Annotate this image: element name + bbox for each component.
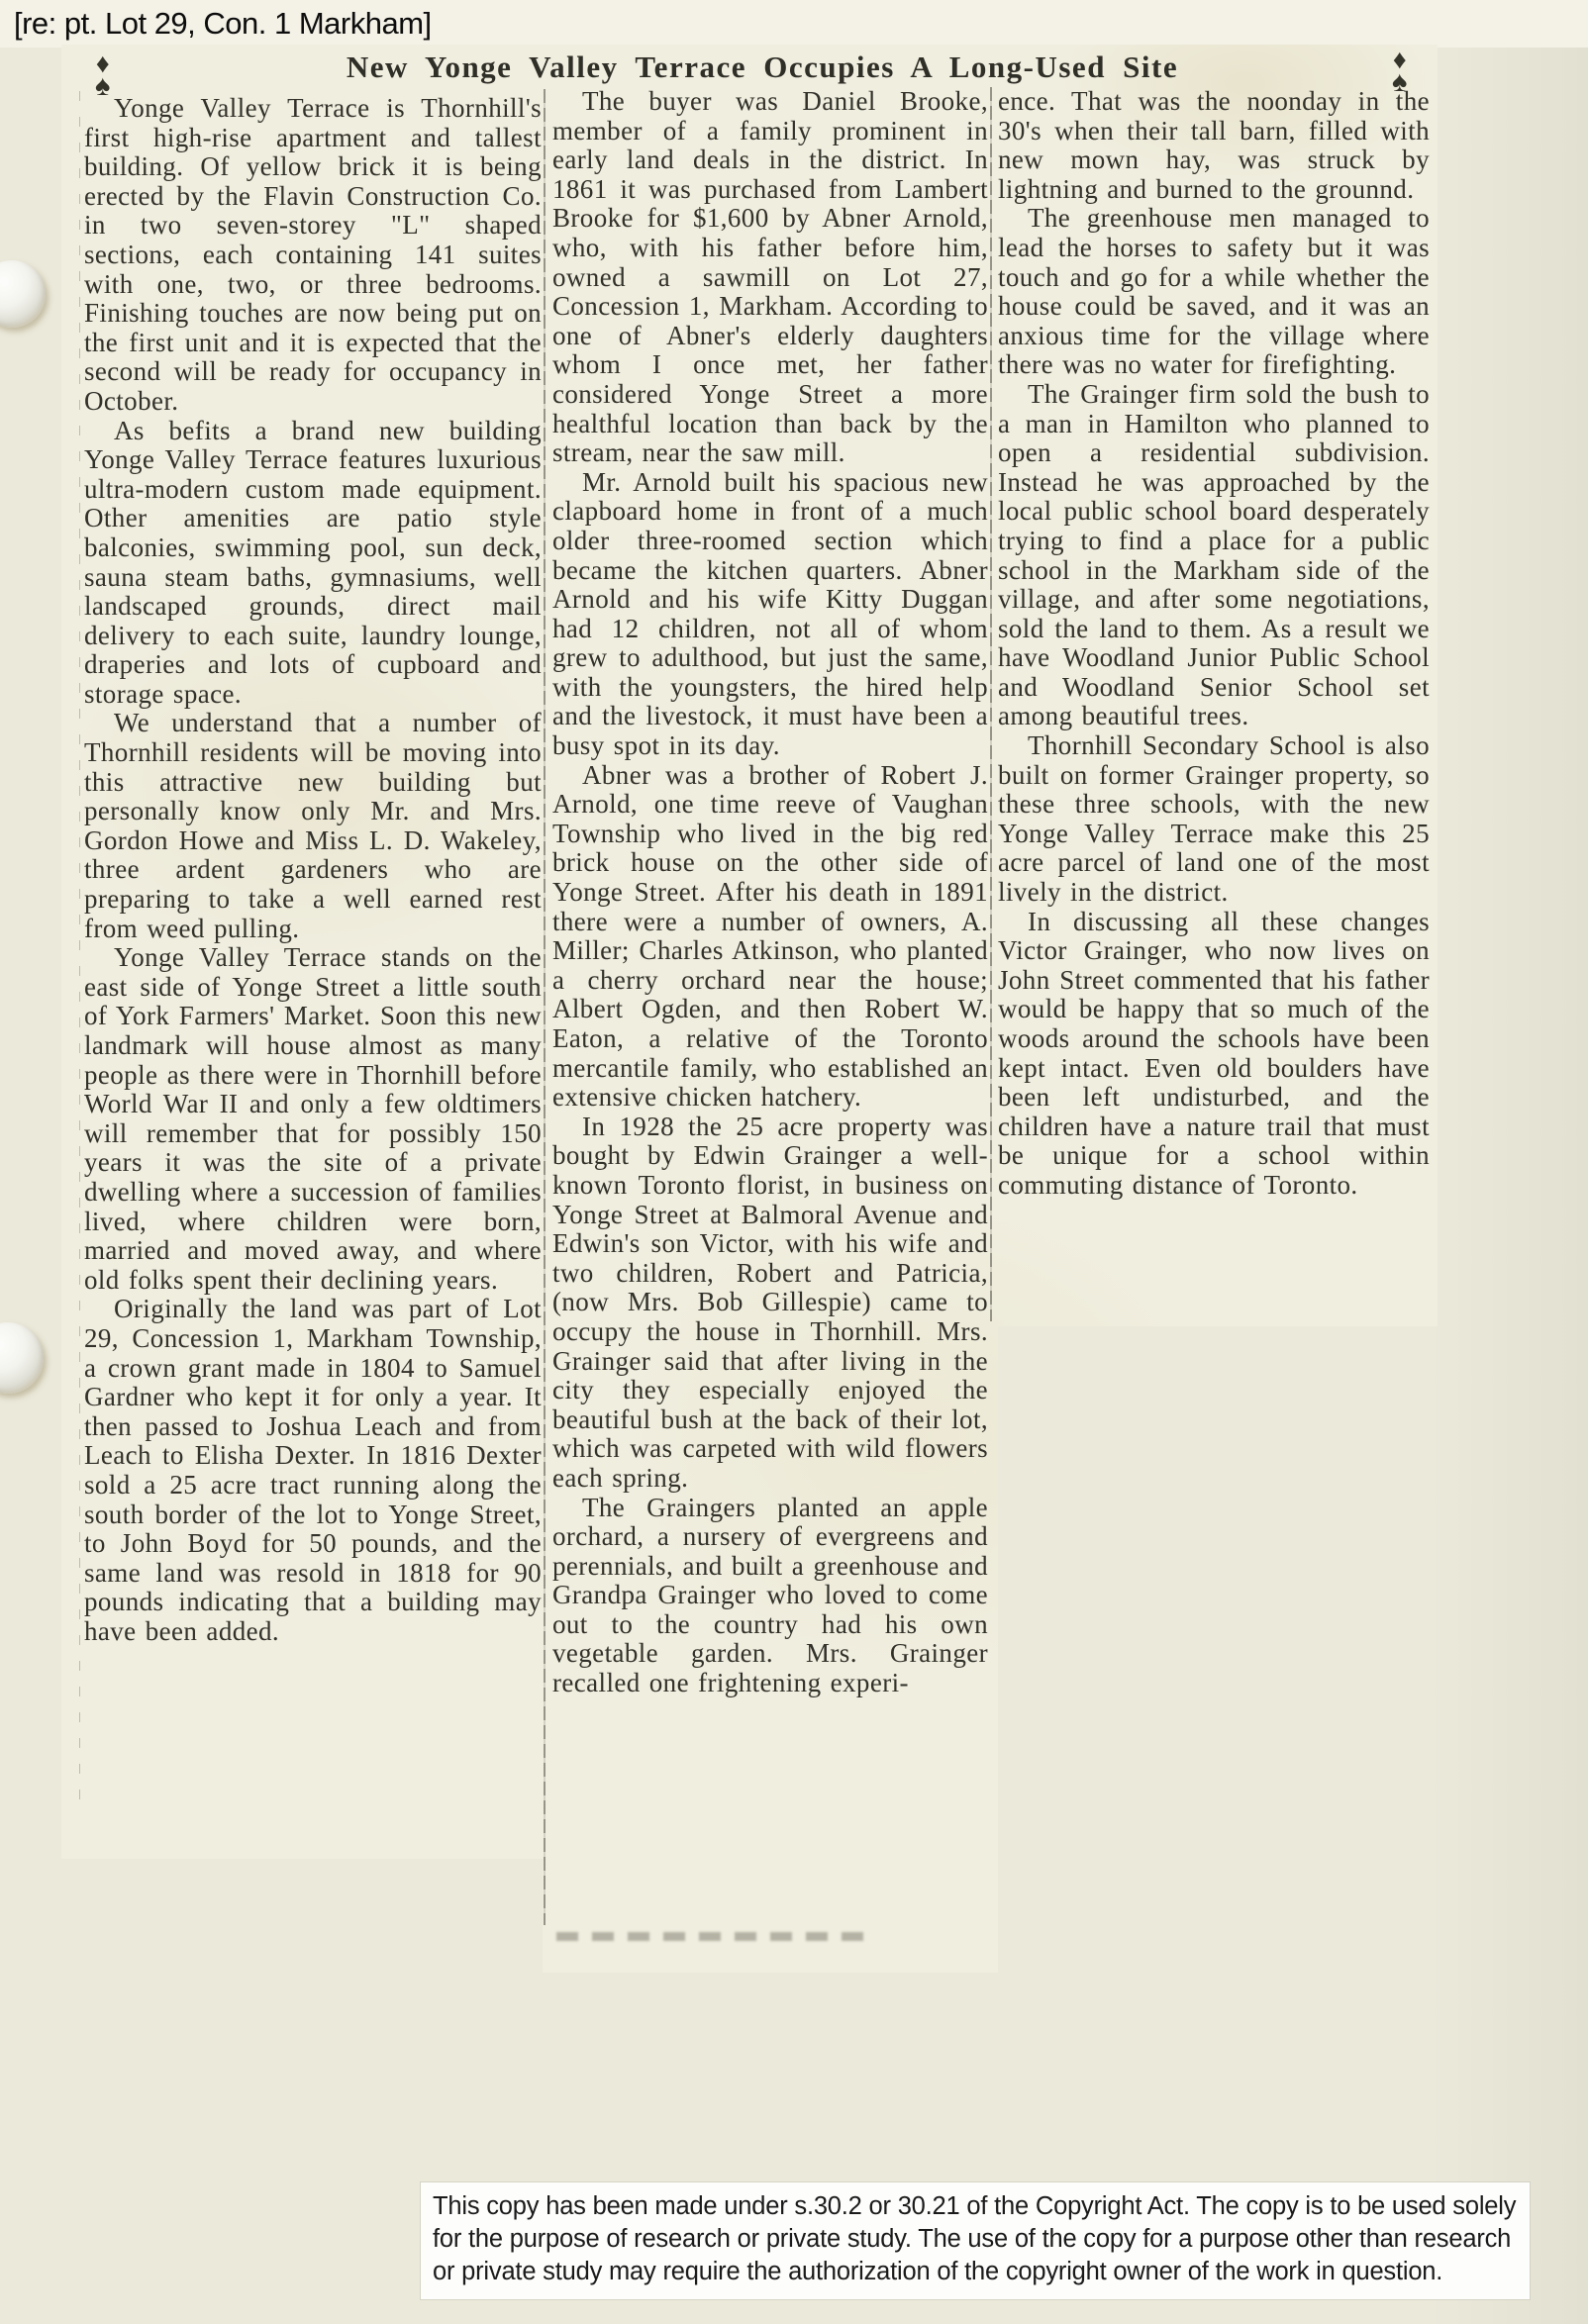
paragraph: Yonge Valley Terrace stands on the east …: [84, 943, 542, 1295]
paragraph: Mr. Arnold built his spacious new clapbo…: [552, 468, 988, 761]
paragraph: Originally the land was part of Lot 29, …: [84, 1295, 542, 1646]
archival-annotation: [re: pt. Lot 29, Con. 1 Markham]: [14, 6, 432, 42]
scanned-album-page: { "page": { "annotation": "[re: pt. Lot …: [0, 0, 1588, 2324]
copyright-notice: This copy has been made under s.30.2 or …: [421, 2182, 1530, 2299]
paragraph: ence. That was the noonday in the 30's w…: [998, 87, 1430, 204]
article-title: New Yonge Valley Terrace Occupies A Long…: [149, 49, 1376, 85]
copyright-notice-text: This copy has been made under s.30.2 or …: [433, 2190, 1518, 2288]
paragraph: Abner was a brother of Robert J. Arnold,…: [552, 761, 988, 1113]
torn-text-remnant: [556, 1932, 863, 1941]
paragraph: Yonge Valley Terrace is Thornhill's firs…: [84, 94, 542, 417]
clipping-cut-edge: [79, 91, 80, 1813]
article-column-2: The buyer was Daniel Brooke, member of a…: [552, 87, 988, 1698]
paragraph: We understand that a number of Thornhill…: [84, 709, 542, 943]
paragraph: In discussing all these changes Victor G…: [998, 908, 1430, 1201]
column-rule-1: [544, 89, 546, 1925]
article-column-1: Yonge Valley Terrace is Thornhill's firs…: [84, 94, 542, 1646]
binder-punch-hole: [0, 1322, 44, 1394]
title-ornament-left: ♦ ♠: [95, 51, 110, 100]
paragraph: As befits a brand new building Yonge Val…: [84, 417, 542, 710]
binder-punch-hole: [0, 260, 46, 328]
paragraph: The Grainger firm sold the bush to a man…: [998, 380, 1430, 731]
paragraph: Thornhill Secondary School is also built…: [998, 731, 1430, 908]
column-rule-2: [990, 87, 992, 1321]
paragraph: The Graingers planted an apple orchard, …: [552, 1494, 988, 1698]
paragraph: The buyer was Daniel Brooke, member of a…: [552, 87, 988, 468]
paragraph: The greenhouse men managed to lead the h…: [998, 204, 1430, 380]
paragraph: In 1928 the 25 acre property was bought …: [552, 1113, 988, 1494]
article-column-3: ence. That was the noonday in the 30's w…: [998, 87, 1430, 1201]
